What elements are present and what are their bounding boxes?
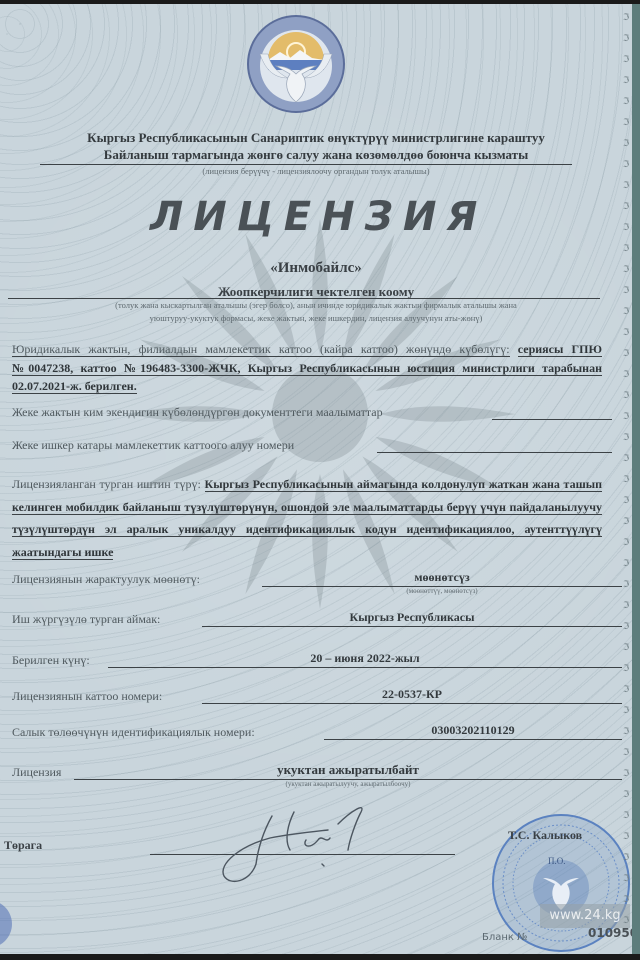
registration-label: Юридикалык жактын, филиалдын мамлекеттик… [12, 342, 510, 357]
issuer-caption: (лицензия берүүчү - лицензиялоочу органд… [0, 166, 632, 176]
license-number-label: Лицензиянын каттоо номери: [12, 689, 162, 704]
transferability-caption: (укуктан ажыратылуучу, ажыратылбоочу) [74, 780, 622, 788]
validity-value: мөөнөтсүз [262, 570, 622, 585]
individual-id-row: Жеке жактын ким экендигин күбөлөндүргөн … [12, 402, 612, 422]
individual-id-label: Жеке жактын ким экендигин күбөлөндүргөн … [12, 405, 383, 420]
chairman-label: Төрага [4, 838, 42, 853]
licensee-underline [8, 298, 600, 299]
licensee-caption-1: (толук жана кыскартылган аталышы (эгер б… [0, 300, 632, 310]
tax-id-label: Салык төлөөчүнүн идентификациялык номери… [12, 725, 255, 740]
handwritten-signature-icon [210, 794, 390, 889]
issue-date-value: 20 – июня 2022-жыл [108, 651, 622, 666]
document-title: ЛИЦЕНЗИЯ [150, 194, 470, 240]
license-number-value: 22-0537-КР [202, 687, 622, 702]
issuer-underline [40, 164, 572, 165]
license-number-row: Лицензиянын каттоо номери: 22-0537-КР [12, 686, 612, 706]
signer-name: Т.С. Калыков [508, 828, 582, 843]
licensee-caption-2: уюштуруу-укуктук формасы, жеке жактын, ж… [0, 313, 632, 323]
tax-id-value: 03003202110129 [324, 723, 622, 738]
partial-seal-icon [0, 899, 18, 949]
issuer-line-1: Кыргыз Республикасынын Санариптик өнүктү… [0, 130, 632, 146]
license-document: Кыргыз Республикасынын Санариптик өнүктү… [0, 4, 632, 954]
issue-date-label: Берилген күнү: [12, 653, 90, 668]
validity-caption: (мөөнөттүү, мөөнөтсүз) [262, 587, 622, 595]
licensee-name: «Инмобайлс» [0, 260, 632, 277]
territory-value: Кыргыз Республикасы [202, 610, 622, 625]
territory-label: Иш жүргүзүлө турган аймак: [12, 612, 160, 627]
document-edge [632, 4, 640, 954]
transferability-value: укуктан ажыратылбайт [74, 762, 622, 778]
blank-number-label: Бланк № [482, 932, 528, 943]
issuer-line-2: Байланыш тармагында жөнгө салуу жана көз… [0, 147, 632, 163]
licensed-activity: Лицензияланган турган иштин түрү: Кыргыз… [12, 473, 602, 563]
transferability-label: Лицензия [12, 765, 61, 780]
kyrgyz-state-emblem-icon [246, 14, 346, 114]
validity-label: Лицензиянын жарактуулук мөөнөтү: [12, 572, 200, 587]
edge-security-pattern: ℑ ℑ ℑ ℑ ℑ ℑ ℑ ℑ ℑ ℑ ℑ ℑ ℑ ℑ ℑ ℑ ℑ ℑ ℑ ℑ … [620, 8, 632, 948]
transferability-row: Лицензия укуктан ажыратылбайт (укуктан а… [12, 762, 612, 782]
website-watermark: www.24.kg [540, 904, 630, 928]
entrepreneur-reg-row: Жеке ишкер катары мамлекеттик каттоого а… [12, 435, 612, 455]
territory-row: Иш жүргүзүлө турган аймак: Кыргыз Респуб… [12, 609, 612, 629]
tax-id-row: Салык төлөөчүнүн идентификациялык номери… [12, 722, 612, 742]
issue-date-row: Берилген күнү: 20 – июня 2022-жыл [12, 650, 612, 670]
entrepreneur-reg-label: Жеке ишкер катары мамлекеттик каттоого а… [12, 438, 294, 453]
registration-certificate: Юридикалык жактын, филиалдын мамлекеттик… [12, 340, 602, 396]
validity-row: Лицензиянын жарактуулук мөөнөтү: мөөнөтс… [12, 569, 612, 589]
seal-mark: П.О. [548, 856, 566, 866]
activity-label: Лицензияланган турган иштин түрү: [12, 477, 201, 491]
